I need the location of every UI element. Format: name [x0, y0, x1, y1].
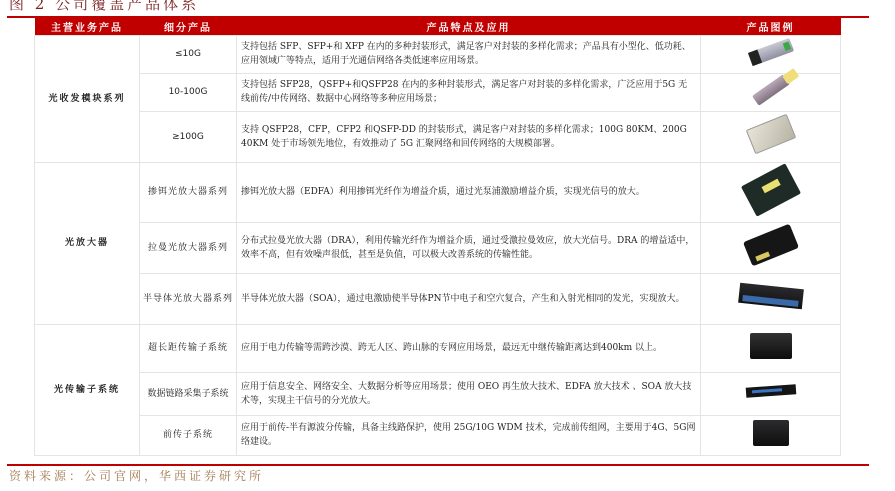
sub-product: ≤10G — [140, 35, 237, 73]
product-image-cell — [701, 73, 841, 111]
sub-product: 掺铒光放大器系列 — [140, 162, 237, 222]
product-description: 支持 QSFP28，CFP，CFP2 和QSFP-DD 的封装形式，满足客户对封… — [237, 111, 701, 162]
main-product-amplifiers: 光放大器 — [35, 162, 140, 324]
cfp-module-image — [745, 114, 796, 155]
rack-unit-image — [745, 384, 796, 397]
long-haul-chassis-image — [750, 333, 792, 359]
header-main-business: 主营业务产品 — [35, 18, 140, 35]
table-row: 半导体光放大器系列 半导体光放大器（SOA），通过电激励使半导体PN节中电子和空… — [35, 273, 841, 324]
product-image-cell — [701, 35, 841, 73]
figure-title: 图 2 公司覆盖产品体系 — [9, 0, 199, 13]
product-table: 主营业务产品 细分产品 产品特点及应用 产品图例 光收发模块系列 ≤10G 支持… — [34, 18, 841, 456]
sub-product: ≥100G — [140, 111, 237, 162]
table-row: 前传子系统 应用于前传-半有源波分传输，具备主线路保护，使用 25G/10G W… — [35, 415, 841, 455]
product-description: 应用于信息安全、网络安全、大数据分析等应用场景；使用 OEO 再生放大技术、ED… — [237, 372, 701, 415]
dra-image — [742, 224, 798, 267]
product-description: 应用于前传-半有源波分传输，具备主线路保护，使用 25G/10G WDM 技术，… — [237, 415, 701, 455]
product-image-cell — [701, 415, 841, 455]
sub-product: 10-100G — [140, 73, 237, 111]
table-row: 光放大器 掺铒光放大器系列 掺铒光放大器（EDFA）利用掺铒光纤作为增益介质，通… — [35, 162, 841, 222]
product-description: 支持包括 SFP28，QSFP+和QSFP28 在内的多种封装形式，满足客户对封… — [237, 73, 701, 111]
product-description: 半导体光放大器（SOA），通过电激励使半导体PN节中电子和空穴复合，产生和入射光… — [237, 273, 701, 324]
table-row: 光传输子系统 超长距传输子系统 应用于电力传输等需跨沙漠、跨无人区、跨山脉的专网… — [35, 324, 841, 372]
sfp-module-image — [747, 37, 793, 65]
product-description: 支持包括 SFP、SFP+和 XFP 在内的多种封装形式，满足客户对封装的多样化… — [237, 35, 701, 73]
edfa-image — [740, 163, 800, 216]
table-row: 10-100G 支持包括 SFP28，QSFP+和QSFP28 在内的多种封装形… — [35, 73, 841, 111]
table-row: 数据链路采集子系统 应用于信息安全、网络安全、大数据分析等应用场景；使用 OEO… — [35, 372, 841, 415]
sub-product: 拉曼光放大器系列 — [140, 222, 237, 273]
table-row: 拉曼光放大器系列 分布式拉曼光放大器（DRA），利用传输光纤作为增益介质，通过受… — [35, 222, 841, 273]
product-image-cell — [701, 273, 841, 324]
product-description: 分布式拉曼光放大器（DRA），利用传输光纤作为增益介质，通过受激拉曼效应，放大光… — [237, 222, 701, 273]
header-sub-product: 细分产品 — [140, 18, 237, 35]
product-image-cell — [701, 162, 841, 222]
main-product-transmission: 光传输子系统 — [35, 324, 140, 455]
product-description: 应用于电力传输等需跨沙漠、跨无人区、跨山脉的专网应用场景，最远无中继传输距离达到… — [237, 324, 701, 372]
product-image-cell — [701, 372, 841, 415]
product-image-cell — [701, 111, 841, 162]
sub-product: 数据链路采集子系统 — [140, 372, 237, 415]
product-image-cell — [701, 324, 841, 372]
sub-product: 前传子系统 — [140, 415, 237, 455]
qsfp-module-image — [751, 74, 789, 106]
bottom-rule — [7, 464, 869, 466]
product-image-cell — [701, 222, 841, 273]
header-features: 产品特点及应用 — [237, 18, 701, 35]
product-description: 掺铒光放大器（EDFA）利用掺铒光纤作为增益介质，通过光泵浦激励增益介质，实现光… — [237, 162, 701, 222]
header-product-image: 产品图例 — [701, 18, 841, 35]
table-header-row: 主营业务产品 细分产品 产品特点及应用 产品图例 — [35, 18, 841, 35]
sub-product: 半导体光放大器系列 — [140, 273, 237, 324]
table-row: ≥100G 支持 QSFP28，CFP，CFP2 和QSFP-DD 的封装形式，… — [35, 111, 841, 162]
source-note: 资料来源：公司官网，华西证券研究所 — [9, 467, 264, 484]
soa-image — [738, 283, 804, 310]
fronthaul-chassis-image — [753, 420, 789, 446]
table-row: 光收发模块系列 ≤10G 支持包括 SFP、SFP+和 XFP 在内的多种封装形… — [35, 35, 841, 73]
sub-product: 超长距传输子系统 — [140, 324, 237, 372]
main-product-transceivers: 光收发模块系列 — [35, 35, 140, 162]
